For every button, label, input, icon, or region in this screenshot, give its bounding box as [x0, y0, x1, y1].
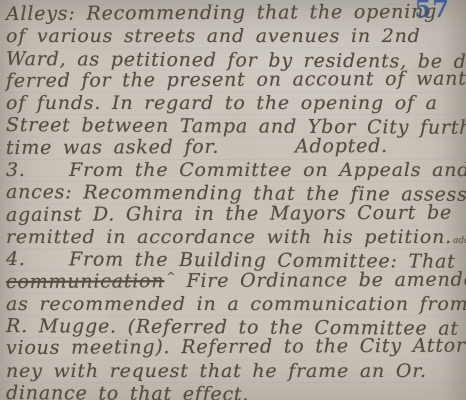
handwritten-line-18: dinance to that effect.: [6, 382, 466, 400]
handwritten-line-7: time was asked for. Adopted.: [6, 134, 466, 159]
line-13-rest: Fire Ordinance be amended: [176, 268, 466, 292]
handwritten-line-13: communication^ Fire Ordinance be amended: [6, 268, 466, 293]
insertion-caret-mark: ^: [166, 270, 175, 283]
handwritten-line-16: vious meeting). Referred to the City Att…: [6, 335, 466, 360]
handwritten-line-1: Alleys: Recommending that the opening: [6, 1, 466, 26]
handwritten-text: Alleys: Recommending that the opening of…: [6, 3, 466, 400]
line-11-text: remitted in accordance with his petition…: [6, 226, 452, 248]
handwritten-line-4: ferred for the present on account of wan…: [6, 67, 466, 92]
struck-word-communication: communication: [6, 270, 165, 293]
handwritten-line-5: of funds. In regard to the opening of a: [6, 92, 466, 114]
ledger-page: 57 Alleys: Recommending that the opening…: [0, 0, 466, 400]
margin-note-adopted: adopted.: [453, 236, 466, 246]
handwritten-line-11: remitted in accordance with his petition…: [6, 226, 466, 248]
handwritten-line-14: as recommended in a communication from: [6, 293, 466, 315]
handwritten-line-8: 3. From the Committee on Appeals and Gri…: [6, 159, 466, 181]
handwritten-line-2: of various streets and avenues in 2nd: [6, 25, 466, 47]
handwritten-line-10: against D. Ghira in the Mayors Court be: [6, 201, 466, 226]
handwritten-line-17: ney with request that he frame an Or.: [6, 360, 466, 382]
